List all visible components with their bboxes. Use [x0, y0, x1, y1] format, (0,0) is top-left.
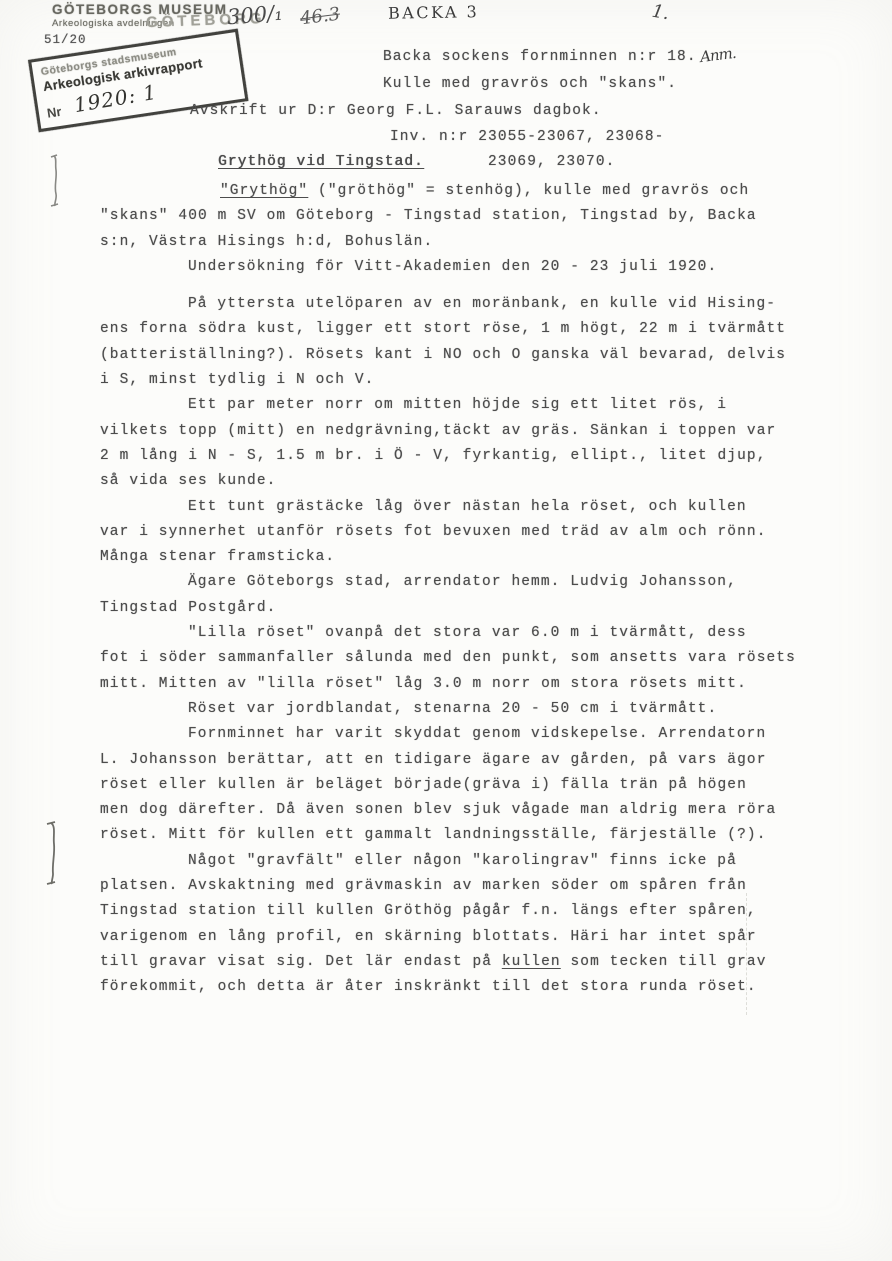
document-line: s:n, Västra Hisings h:d, Bohuslän.	[100, 230, 840, 255]
document-text: varigenom en lång profil, en skärning bl…	[100, 929, 757, 945]
document-text: var i synnerhet utanför rösets fot bevux…	[100, 524, 767, 540]
document-line: men dog därefter. Då även sonen blev sju…	[100, 798, 840, 823]
scanned-document-page: GÖTEBORGS MUSEUM Arkeologiska avdelninge…	[0, 0, 892, 1261]
document-line: 2 m lång i N - S, 1.5 m br. i Ö - V, fyr…	[100, 444, 840, 469]
document-text: röset eller kullen är beläget började(gr…	[100, 777, 747, 793]
document-line: platsen. Avskaktning med grävmaskin av m…	[100, 874, 840, 899]
document-text: "Grythög"	[220, 183, 308, 199]
document-text: "Lilla röset" ovanpå det stora var 6.0 m…	[188, 625, 747, 641]
document-line: röset. Mitt för kullen ett gammalt landn…	[100, 823, 840, 848]
document-text: "skans" 400 m SV om Göteborg - Tingstad …	[100, 208, 757, 224]
document-text: L. Johansson berättar, att en tidigare ä…	[100, 752, 767, 768]
document-title: Grythög vid Tingstad.	[218, 154, 424, 170]
document-line: ens forna södra kust, ligger ett stort r…	[100, 317, 840, 342]
handwritten-note-scribble: Anm.	[699, 44, 736, 66]
document-text: kullen	[502, 954, 561, 970]
document-line-gap	[100, 280, 840, 292]
pencil-struck-annotation: 46.3	[299, 4, 341, 30]
document-line: mitt. Mitten av "lilla röset" låg 3.0 m …	[100, 672, 840, 697]
document-line: Ägare Göteborgs stad, arrendator hemm. L…	[100, 570, 840, 595]
document-line: Tingstad station till kullen Gröthög påg…	[100, 899, 840, 924]
document-line: Tingstad Postgård.	[100, 596, 840, 621]
document-text: mitt. Mitten av "lilla röset" låg 3.0 m …	[100, 676, 747, 692]
document-text: Röset var jordblandat, stenarna 20 - 50 …	[188, 701, 717, 717]
pencil-fraction-annotation: 300/₁	[226, 1, 283, 30]
document-text: (batteriställning?). Rösets kant i NO oc…	[100, 347, 786, 363]
document-line: vilkets topp (mitt) en nedgrävning,täckt…	[100, 419, 840, 444]
page-number: 1.	[650, 1, 671, 25]
document-line: "skans" 400 m SV om Göteborg - Tingstad …	[100, 204, 840, 229]
archive-stamp-nr-label: Nr	[46, 104, 63, 121]
district-annotation: BACKA 3	[388, 2, 480, 23]
document-text: 2 m lång i N - S, 1.5 m br. i Ö - V, fyr…	[100, 448, 767, 464]
document-line: så vida ses kunde.	[100, 469, 840, 494]
document-text: till gravar visat sig. Det lär endast på	[100, 954, 502, 970]
document-line: Fornminnet har varit skyddat genom vidsk…	[100, 722, 840, 747]
document-text: Något "gravfält" eller någon "karolingra…	[188, 853, 737, 869]
document-line: På yttersta utelöparen av en moränbank, …	[100, 292, 840, 317]
document-text: Undersökning för Vitt-Akademien den 20 -…	[188, 259, 717, 275]
document-line: Något "gravfält" eller någon "karolingra…	[100, 849, 840, 874]
document-text: Ägare Göteborgs stad, arrendator hemm. L…	[188, 574, 737, 590]
document-text: men dog därefter. Då även sonen blev sju…	[100, 802, 776, 818]
document-line: Undersökning för Vitt-Akademien den 20 -…	[100, 255, 840, 280]
document-line: L. Johansson berättar, att en tidigare ä…	[100, 748, 840, 773]
document-line: röset eller kullen är beläget började(gr…	[100, 773, 840, 798]
document-line: varigenom en lång profil, en skärning bl…	[100, 925, 840, 950]
document-line: Ett par meter norr om mitten höjde sig e…	[100, 393, 840, 418]
document-text: förekommit, och detta är åter inskränkt …	[100, 979, 757, 995]
inventory-line2: 23069, 23070.	[488, 154, 615, 170]
document-text: ens forna södra kust, ligger ett stort r…	[100, 321, 786, 337]
document-text: i S, minst tydlig i N och V.	[100, 372, 374, 388]
document-line: "Grythög" ("gröthög" = stenhög), kulle m…	[100, 179, 840, 204]
document-text: vilkets topp (mitt) en nedgrävning,täckt…	[100, 423, 776, 439]
scan-fold-line	[746, 893, 747, 1015]
document-text: Fornminnet har varit skyddat genom vidsk…	[188, 726, 766, 742]
document-text: Många stenar framsticka.	[100, 549, 335, 565]
document-line: Ett tunt grästäcke låg över nästan hela …	[100, 495, 840, 520]
document-text: som tecken till grav	[561, 954, 767, 970]
document-text: platsen. Avskaktning med grävmaskin av m…	[100, 878, 747, 894]
document-line: fot i söder sammanfaller sålunda med den…	[100, 646, 840, 671]
museum-stamp-number: 51/20	[44, 33, 87, 47]
document-text: så vida ses kunde.	[100, 473, 276, 489]
document-line: Röset var jordblandat, stenarna 20 - 50 …	[100, 697, 840, 722]
document-text: ("gröthög" = stenhög), kulle med gravrös…	[308, 183, 749, 199]
document-line: var i synnerhet utanför rösets fot bevux…	[100, 520, 840, 545]
record-heading-line2: Kulle med gravrös och "skans".	[383, 76, 677, 92]
document-text: Tingstad station till kullen Gröthög påg…	[100, 903, 757, 919]
source-line: Avskrift ur D:r Georg F.L. Sarauws dagbo…	[190, 103, 602, 119]
document-line: "Lilla röset" ovanpå det stora var 6.0 m…	[100, 621, 840, 646]
document-text: röset. Mitt för kullen ett gammalt landn…	[100, 827, 767, 843]
document-text: s:n, Västra Hisings h:d, Bohuslän.	[100, 234, 433, 250]
document-line: (batteriställning?). Rösets kant i NO oc…	[100, 343, 840, 368]
document-line: Många stenar framsticka.	[100, 545, 840, 570]
inventory-line1: Inv. n:r 23055-23067, 23068-	[390, 129, 664, 145]
document-text: Tingstad Postgård.	[100, 600, 276, 616]
document-body: "Grythög" ("gröthög" = stenhög), kulle m…	[100, 179, 840, 1001]
document-line: till gravar visat sig. Det lär endast på…	[100, 950, 840, 975]
document-text: Ett tunt grästäcke låg över nästan hela …	[188, 499, 747, 515]
document-text: På yttersta utelöparen av en moränbank, …	[188, 296, 776, 312]
record-heading-line1: Backa sockens fornminnen n:r 18.	[383, 49, 697, 65]
document-line: i S, minst tydlig i N och V.	[100, 368, 840, 393]
margin-pencil-mark-bottom	[44, 820, 62, 886]
document-text: Ett par meter norr om mitten höjde sig e…	[188, 397, 727, 413]
margin-pencil-mark-top	[48, 154, 64, 208]
document-text: fot i söder sammanfaller sålunda med den…	[100, 650, 796, 666]
document-line: förekommit, och detta är åter inskränkt …	[100, 975, 840, 1000]
